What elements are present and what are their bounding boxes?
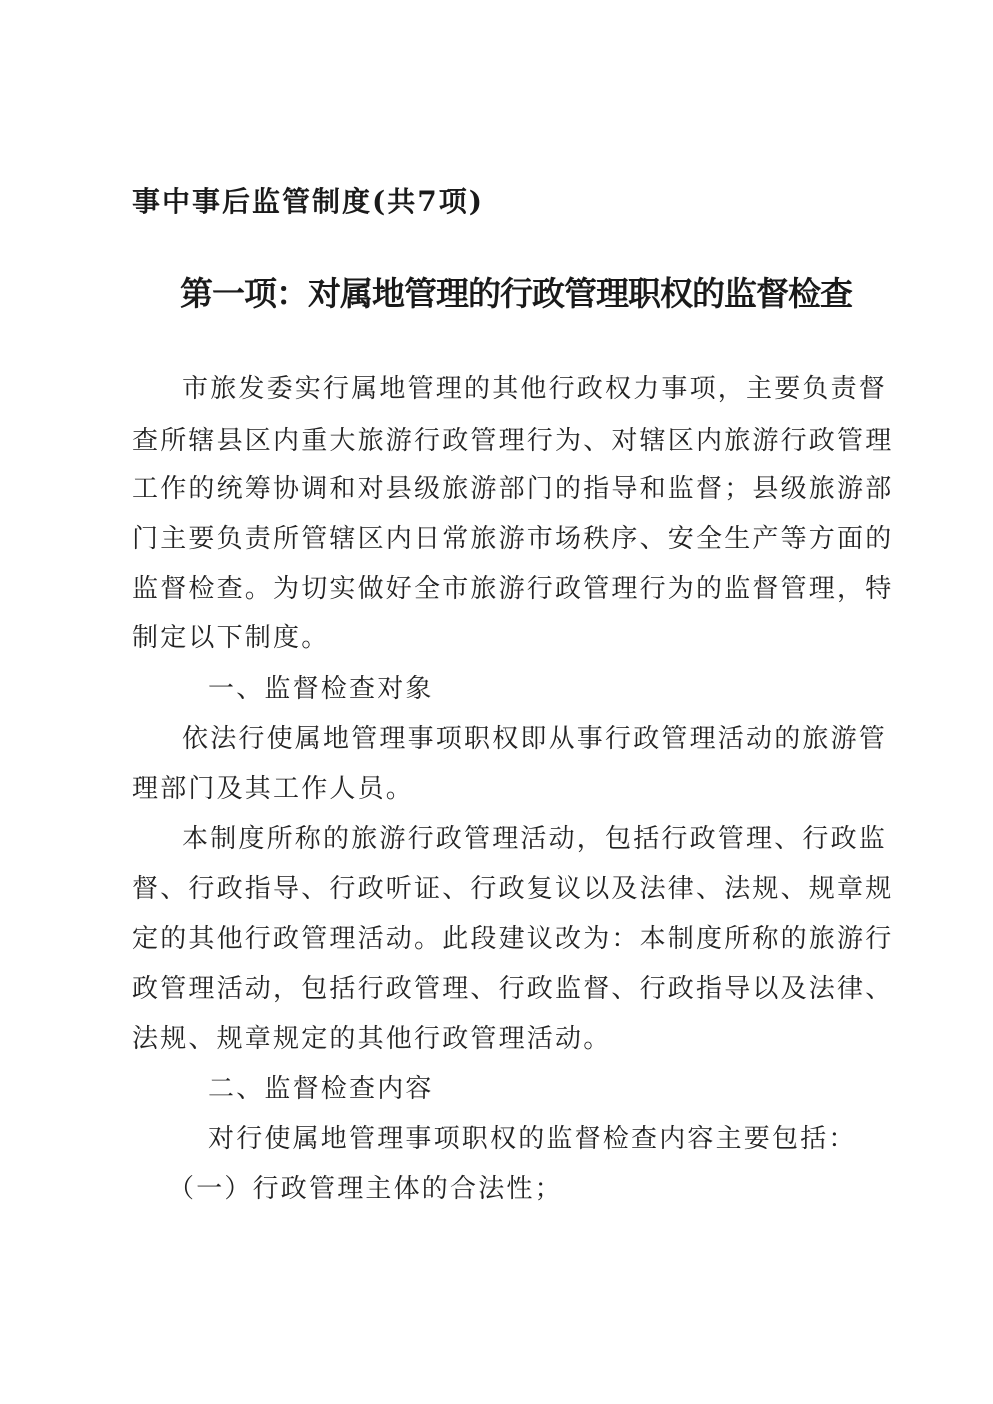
item-title: 第一项：对属地管理的行政管理职权的监督检查 bbox=[180, 268, 852, 315]
intro-line-3: 工作的统筹协调和对县级旅游部门的指导和监督；县级旅游部 bbox=[132, 468, 847, 505]
heading-monitoring-objects: 一、监督检查对象 bbox=[208, 668, 434, 705]
document-page: 事中事后监管制度(共7项) 第一项：对属地管理的行政管理职权的监督检查 市旅发委… bbox=[0, 0, 993, 1404]
scope-line-2: 督、行政指导、行政听证、行政复议以及法律、法规、规章规 bbox=[132, 868, 847, 905]
intro-line-6: 制定以下制度。 bbox=[132, 617, 329, 654]
intro-line-1: 市旅发委实行属地管理的其他行政权力事项，主要负责督 bbox=[132, 368, 847, 405]
intro-line-5: 监督检查。为切实做好全市旅游行政管理行为的监督管理，特 bbox=[132, 568, 847, 605]
content-intro: 对行使属地管理事项职权的监督检查内容主要包括： bbox=[208, 1118, 857, 1155]
scope-line-3: 定的其他行政管理活动。此段建议改为：本制度所称的旅游行 bbox=[132, 918, 847, 955]
section-title: 事中事后监管制度(共7项) bbox=[132, 180, 484, 220]
scope-line-4: 政管理活动，包括行政管理、行政监督、行政指导以及法律、 bbox=[132, 968, 847, 1005]
objects-line-1: 依法行使属地管理事项职权即从事行政管理活动的旅游管 bbox=[132, 718, 847, 755]
objects-line-2: 理部门及其工作人员。 bbox=[132, 768, 414, 805]
scope-line-1: 本制度所称的旅游行政管理活动，包括行政管理、行政监 bbox=[132, 818, 847, 855]
list-item-1: （一）行政管理主体的合法性； bbox=[168, 1168, 563, 1205]
heading-monitoring-content: 二、监督检查内容 bbox=[208, 1068, 434, 1105]
scope-line-5: 法规、规章规定的其他行政管理活动。 bbox=[132, 1018, 611, 1055]
intro-line-2: 查所辖县区内重大旅游行政管理行为、对辖区内旅游行政管理 bbox=[132, 420, 847, 457]
intro-line-4: 门主要负责所管辖区内日常旅游市场秩序、安全生产等方面的 bbox=[132, 518, 847, 555]
